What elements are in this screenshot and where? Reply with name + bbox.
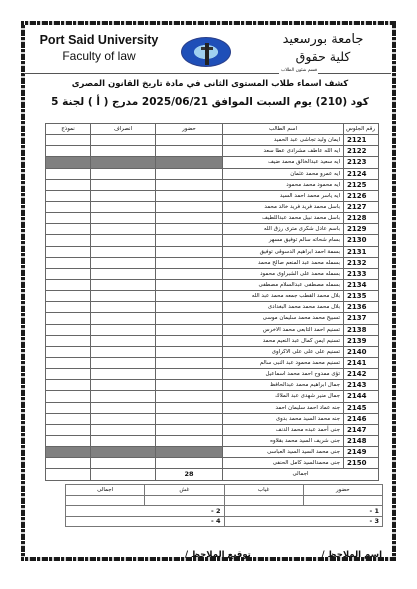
form-cell[interactable] bbox=[46, 201, 91, 212]
table-row: 2121ايمان وليد تجاشى عبد الحميد bbox=[46, 135, 379, 146]
summary-slot-2: 2 - bbox=[66, 506, 225, 517]
seat-number: 2138 bbox=[344, 324, 379, 335]
student-name: جنه محمد السيد محمد بدوى bbox=[223, 413, 344, 424]
form-cell[interactable] bbox=[46, 391, 91, 402]
table-row: 2146جنه محمد السيد محمد بدوى bbox=[46, 413, 379, 424]
table-row: 2147جنى أحمد عبده محمد الدنف bbox=[46, 424, 379, 435]
departure-cell[interactable] bbox=[91, 346, 156, 357]
form-cell[interactable] bbox=[46, 324, 91, 335]
table-row: 2127باسل محمد فريد فريد خالد محمد bbox=[46, 201, 379, 212]
student-name: ايه عمرو محمد عثمان bbox=[223, 168, 344, 179]
student-name: بسمله محمد عبد المنعم صالح محمد bbox=[223, 257, 344, 268]
attendance-cell[interactable] bbox=[156, 168, 223, 179]
attendance-cell[interactable] bbox=[156, 447, 223, 458]
student-name: بسمله مصطفى عبدالسلام مصطفى bbox=[223, 279, 344, 290]
table-row: 2135بلال محمد القطب جمعه محمد عبد الله bbox=[46, 291, 379, 302]
student-name: جنى محمدالسيد كامل الحنفى bbox=[223, 458, 344, 469]
seat-number: 2127 bbox=[344, 201, 379, 212]
departure-cell[interactable] bbox=[91, 357, 156, 368]
university-name-english: Port Said University Faculty of law bbox=[34, 34, 164, 63]
student-name: ايه سعيد عبدالخالق محمد ضيف bbox=[223, 157, 344, 168]
attendance-cell[interactable] bbox=[156, 357, 223, 368]
form-cell[interactable] bbox=[46, 447, 91, 458]
form-cell[interactable] bbox=[46, 257, 91, 268]
table-total-row: اجمالى 28 bbox=[46, 469, 379, 480]
student-name: بلال محمد محمد محمد البغدادى bbox=[223, 302, 344, 313]
table-row: 2122ايه الله عاطف مشرادى عطا سعد bbox=[46, 146, 379, 157]
departure-cell[interactable] bbox=[91, 268, 156, 279]
student-name: بسمة احمد ابراهيم الدسوقى توفيق bbox=[223, 246, 344, 257]
table-row: 2136بلال محمد محمد محمد البغدادى bbox=[46, 302, 379, 313]
seat-number: 2143 bbox=[344, 380, 379, 391]
seat-number: 2123 bbox=[344, 157, 379, 168]
form-cell[interactable] bbox=[46, 346, 91, 357]
document-title: كشف اسماء طلاب المستوى الثانى في مادة تا… bbox=[40, 79, 380, 89]
attendance-cell[interactable] bbox=[156, 135, 223, 146]
summary-slot-1: 1 - bbox=[224, 506, 383, 517]
seat-number: 2137 bbox=[344, 313, 379, 324]
observer-name-label: اسم الملاحظ / bbox=[322, 550, 382, 560]
form-cell[interactable] bbox=[46, 380, 91, 391]
attendance-cell[interactable] bbox=[156, 435, 223, 446]
attendance-cell[interactable] bbox=[156, 458, 223, 469]
form-cell[interactable] bbox=[46, 190, 91, 201]
department-label: قسم شئون الطلاب bbox=[280, 68, 318, 73]
table-row: 2139تسنيم ايمن كمال عبد النعيم محمد bbox=[46, 335, 379, 346]
table-row: 2133بسمله محمد على الشبراوى محمود bbox=[46, 268, 379, 279]
student-name: تسبيح محمد محمد سليمان موسى bbox=[223, 313, 344, 324]
column-header-departure: انصراف bbox=[91, 124, 156, 135]
faculty-title-ar: كلية حقوق bbox=[263, 49, 383, 64]
table-row: 2143جمال ابراهيم محمد عبدالحافظ bbox=[46, 380, 379, 391]
attendance-cell[interactable] bbox=[156, 268, 223, 279]
header-divider-right bbox=[318, 73, 391, 74]
faculty-title-en: Faculty of law bbox=[34, 50, 164, 63]
attendance-cell[interactable] bbox=[156, 346, 223, 357]
seat-number: 2126 bbox=[344, 190, 379, 201]
summary-absent-value bbox=[224, 495, 303, 506]
attendance-cell[interactable] bbox=[156, 391, 223, 402]
form-cell[interactable] bbox=[46, 246, 91, 257]
summary-header-cheating: غش bbox=[145, 485, 224, 496]
total-departure-cell bbox=[91, 469, 156, 480]
table-row: 2148جنى شريف السيد محمد بقلاوه bbox=[46, 435, 379, 446]
seat-number: 2140 bbox=[344, 346, 379, 357]
table-row: 2123ايه سعيد عبدالخالق محمد ضيف bbox=[46, 157, 379, 168]
departure-cell[interactable] bbox=[91, 168, 156, 179]
form-cell[interactable] bbox=[46, 157, 91, 168]
attendance-cell[interactable] bbox=[156, 179, 223, 190]
attendance-cell[interactable] bbox=[156, 224, 223, 235]
student-name: ايه الله عاطف مشرادى عطا سعد bbox=[223, 146, 344, 157]
seat-number: 2132 bbox=[344, 257, 379, 268]
form-cell[interactable] bbox=[46, 213, 91, 224]
attendance-cell[interactable] bbox=[156, 413, 223, 424]
form-cell[interactable] bbox=[46, 313, 91, 324]
attendance-cell[interactable] bbox=[156, 190, 223, 201]
departure-cell[interactable] bbox=[91, 369, 156, 380]
form-cell[interactable] bbox=[46, 458, 91, 469]
exam-details: كود (210) يوم السبت الموافق 2025/06/21 م… bbox=[40, 96, 380, 108]
form-cell[interactable] bbox=[46, 369, 91, 380]
student-name: ايه ياسر محمد احمد السيد bbox=[223, 190, 344, 201]
student-name: بلال محمد القطب جمعه محمد عبد الله bbox=[223, 291, 344, 302]
form-cell[interactable] bbox=[46, 179, 91, 190]
seat-number: 2129 bbox=[344, 224, 379, 235]
table-row: 2128باسل محمد نبيل محمد عبداللطيف bbox=[46, 213, 379, 224]
seat-number: 2148 bbox=[344, 435, 379, 446]
student-name: تسنيم احمد التابعى محمد الاخرس bbox=[223, 324, 344, 335]
attendance-cell[interactable] bbox=[156, 157, 223, 168]
column-header-seat: رقم الجلوس bbox=[344, 124, 379, 135]
departure-cell[interactable] bbox=[91, 391, 156, 402]
student-name: بسمله محمد على الشبراوى محمود bbox=[223, 268, 344, 279]
departure-cell[interactable] bbox=[91, 313, 156, 324]
seat-number: 2146 bbox=[344, 413, 379, 424]
total-label: اجمالى bbox=[223, 469, 379, 480]
seat-number: 2141 bbox=[344, 357, 379, 368]
student-name: باسم عادل شكرى مترى رزق الله bbox=[223, 224, 344, 235]
seat-number: 2128 bbox=[344, 213, 379, 224]
seat-number: 2134 bbox=[344, 279, 379, 290]
student-name: ايمان وليد تجاشى عبد الحميد bbox=[223, 135, 344, 146]
form-cell[interactable] bbox=[46, 335, 91, 346]
student-name: جنى شريف السيد محمد بقلاوه bbox=[223, 435, 344, 446]
departure-cell[interactable] bbox=[91, 190, 156, 201]
departure-cell[interactable] bbox=[91, 335, 156, 346]
summary-total-value bbox=[66, 495, 145, 506]
form-cell[interactable] bbox=[46, 402, 91, 413]
attendance-cell[interactable] bbox=[156, 291, 223, 302]
summary-header-total: اجمالى bbox=[66, 485, 145, 496]
student-attendance-table: رقم الجلوس اسم الطالب حضور انصراف نموذج … bbox=[45, 123, 379, 481]
table-header-row: رقم الجلوس اسم الطالب حضور انصراف نموذج bbox=[46, 124, 379, 135]
seat-number: 2125 bbox=[344, 179, 379, 190]
departure-cell[interactable] bbox=[91, 447, 156, 458]
seat-number: 2142 bbox=[344, 369, 379, 380]
seat-number: 2121 bbox=[344, 135, 379, 146]
seat-number: 2122 bbox=[344, 146, 379, 157]
form-cell[interactable] bbox=[46, 146, 91, 157]
table-row: 2149جنى محمد السيد السيد العباسى bbox=[46, 447, 379, 458]
table-row: 2140تسنيم على على على الاكراوى bbox=[46, 346, 379, 357]
table-row: 2137تسبيح محمد محمد سليمان موسى bbox=[46, 313, 379, 324]
departure-cell[interactable] bbox=[91, 324, 156, 335]
departure-cell[interactable] bbox=[91, 458, 156, 469]
attendance-cell[interactable] bbox=[156, 369, 223, 380]
attendance-cell[interactable] bbox=[156, 257, 223, 268]
column-header-name: اسم الطالب bbox=[223, 124, 344, 135]
university-name-arabic: جامعة بورسعيد كلية حقوق bbox=[263, 32, 383, 64]
form-cell[interactable] bbox=[46, 424, 91, 435]
form-cell[interactable] bbox=[46, 168, 91, 179]
attendance-cell[interactable] bbox=[156, 324, 223, 335]
departure-cell[interactable] bbox=[91, 424, 156, 435]
student-name: جنى محمد السيد السيد العباسى bbox=[223, 447, 344, 458]
summary-present-value bbox=[303, 495, 382, 506]
seat-number: 2133 bbox=[344, 268, 379, 279]
form-cell[interactable] bbox=[46, 135, 91, 146]
student-name: تسنيم على على على الاكراوى bbox=[223, 346, 344, 357]
form-cell[interactable] bbox=[46, 413, 91, 424]
column-header-attendance: حضور bbox=[156, 124, 223, 135]
attendance-cell[interactable] bbox=[156, 213, 223, 224]
total-form-cell bbox=[46, 469, 91, 480]
table-row: 2144جمال منير شهدى عبد الملاك bbox=[46, 391, 379, 402]
header-divider-left bbox=[24, 73, 279, 74]
form-cell[interactable] bbox=[46, 235, 91, 246]
attendance-cell[interactable] bbox=[156, 146, 223, 157]
summary-cheating-value bbox=[145, 495, 224, 506]
observer-signature-label: توقيع الملاحظ / bbox=[185, 550, 251, 560]
attendance-cell[interactable] bbox=[156, 201, 223, 212]
form-cell[interactable] bbox=[46, 291, 91, 302]
departure-cell[interactable] bbox=[91, 435, 156, 446]
student-name: تؤى ممدوح احمد محمد اسماعيل bbox=[223, 369, 344, 380]
table-row: 2126ايه ياسر محمد احمد السيد bbox=[46, 190, 379, 201]
departure-cell[interactable] bbox=[91, 179, 156, 190]
seat-number: 2136 bbox=[344, 302, 379, 313]
departure-cell[interactable] bbox=[91, 279, 156, 290]
summary-header-row: حضور غياب غش اجمالى bbox=[66, 485, 383, 496]
column-header-form: نموذج bbox=[46, 124, 91, 135]
table-row: 2130بسام شحاته سالم توفيق مسهر bbox=[46, 235, 379, 246]
summary-slot-row: 1 - 2 - bbox=[66, 506, 383, 517]
university-title-ar: جامعة بورسعيد bbox=[263, 32, 383, 48]
form-cell[interactable] bbox=[46, 435, 91, 446]
table-row: 2145جنه عماد احمد سليمان احمد bbox=[46, 402, 379, 413]
table-row: 2129باسم عادل شكرى مترى رزق الله bbox=[46, 224, 379, 235]
summary-header-present: حضور bbox=[303, 485, 382, 496]
seat-number: 2144 bbox=[344, 391, 379, 402]
attendance-cell[interactable] bbox=[156, 235, 223, 246]
departure-cell[interactable] bbox=[91, 213, 156, 224]
departure-cell[interactable] bbox=[91, 146, 156, 157]
seat-number: 2145 bbox=[344, 402, 379, 413]
attendance-cell[interactable] bbox=[156, 402, 223, 413]
attendance-cell[interactable] bbox=[156, 335, 223, 346]
student-name: بسام شحاته سالم توفيق مسهر bbox=[223, 235, 344, 246]
summary-slot-3: 3 - bbox=[224, 516, 383, 527]
attendance-cell[interactable] bbox=[156, 424, 223, 435]
table-row: 2132بسمله محمد عبد المنعم صالح محمد bbox=[46, 257, 379, 268]
departure-cell[interactable] bbox=[91, 302, 156, 313]
seat-number: 2124 bbox=[344, 168, 379, 179]
form-cell[interactable] bbox=[46, 279, 91, 290]
summary-table: حضور غياب غش اجمالى 1 - 2 - 3 - 4 - bbox=[65, 484, 383, 527]
table-row: 2134بسمله مصطفى عبدالسلام مصطفى bbox=[46, 279, 379, 290]
student-name: جمال ابراهيم محمد عبدالحافظ bbox=[223, 380, 344, 391]
university-logo-icon bbox=[181, 37, 231, 67]
seat-number: 2130 bbox=[344, 235, 379, 246]
student-name: جمال منير شهدى عبد الملاك bbox=[223, 391, 344, 402]
student-name: جنى أحمد عبده محمد الدنف bbox=[223, 424, 344, 435]
lighthouse-tower bbox=[205, 43, 209, 65]
attendance-cell[interactable] bbox=[156, 313, 223, 324]
table-row: 2150جنى محمدالسيد كامل الحنفى bbox=[46, 458, 379, 469]
seat-number: 2135 bbox=[344, 291, 379, 302]
departure-cell[interactable] bbox=[91, 246, 156, 257]
student-name: ايه محمود محمد محمود bbox=[223, 179, 344, 190]
table-row: 2124ايه عمرو محمد عثمان bbox=[46, 168, 379, 179]
seat-number: 2149 bbox=[344, 447, 379, 458]
table-row: 2142تؤى ممدوح احمد محمد اسماعيل bbox=[46, 369, 379, 380]
summary-header-absent: غياب bbox=[224, 485, 303, 496]
university-title-en: Port Said University bbox=[34, 34, 164, 48]
seat-number: 2131 bbox=[344, 246, 379, 257]
departure-cell[interactable] bbox=[91, 257, 156, 268]
total-attendance-count: 28 bbox=[156, 469, 223, 480]
table-row: 2138تسنيم احمد التابعى محمد الاخرس bbox=[46, 324, 379, 335]
student-name: باسل محمد نبيل محمد عبداللطيف bbox=[223, 213, 344, 224]
student-name: تسنيم ايمن كمال عبد النعيم محمد bbox=[223, 335, 344, 346]
departure-cell[interactable] bbox=[91, 235, 156, 246]
table-row: 2141تسنيم محمد محمود عبد النبى سالم bbox=[46, 357, 379, 368]
form-cell[interactable] bbox=[46, 302, 91, 313]
departure-cell[interactable] bbox=[91, 402, 156, 413]
departure-cell[interactable] bbox=[91, 135, 156, 146]
seat-number: 2139 bbox=[344, 335, 379, 346]
table-row: 2125ايه محمود محمد محمود bbox=[46, 179, 379, 190]
departure-cell[interactable] bbox=[91, 413, 156, 424]
student-name: جنه عماد احمد سليمان احمد bbox=[223, 402, 344, 413]
summary-values-row bbox=[66, 495, 383, 506]
attendance-cell[interactable] bbox=[156, 380, 223, 391]
departure-cell[interactable] bbox=[91, 224, 156, 235]
seat-number: 2147 bbox=[344, 424, 379, 435]
form-cell[interactable] bbox=[46, 224, 91, 235]
attendance-cell[interactable] bbox=[156, 279, 223, 290]
form-cell[interactable] bbox=[46, 357, 91, 368]
table-row: 2131بسمة احمد ابراهيم الدسوقى توفيق bbox=[46, 246, 379, 257]
departure-cell[interactable] bbox=[91, 380, 156, 391]
student-name: باسل محمد فريد فريد خالد محمد bbox=[223, 201, 344, 212]
summary-slot-4: 4 - bbox=[66, 516, 225, 527]
departure-cell[interactable] bbox=[91, 201, 156, 212]
student-name: تسنيم محمد محمود عبد النبى سالم bbox=[223, 357, 344, 368]
summary-slot-row: 3 - 4 - bbox=[66, 516, 383, 527]
departure-cell[interactable] bbox=[91, 291, 156, 302]
attendance-cell[interactable] bbox=[156, 302, 223, 313]
attendance-cell[interactable] bbox=[156, 246, 223, 257]
seat-number: 2150 bbox=[344, 458, 379, 469]
form-cell[interactable] bbox=[46, 268, 91, 279]
departure-cell[interactable] bbox=[91, 157, 156, 168]
